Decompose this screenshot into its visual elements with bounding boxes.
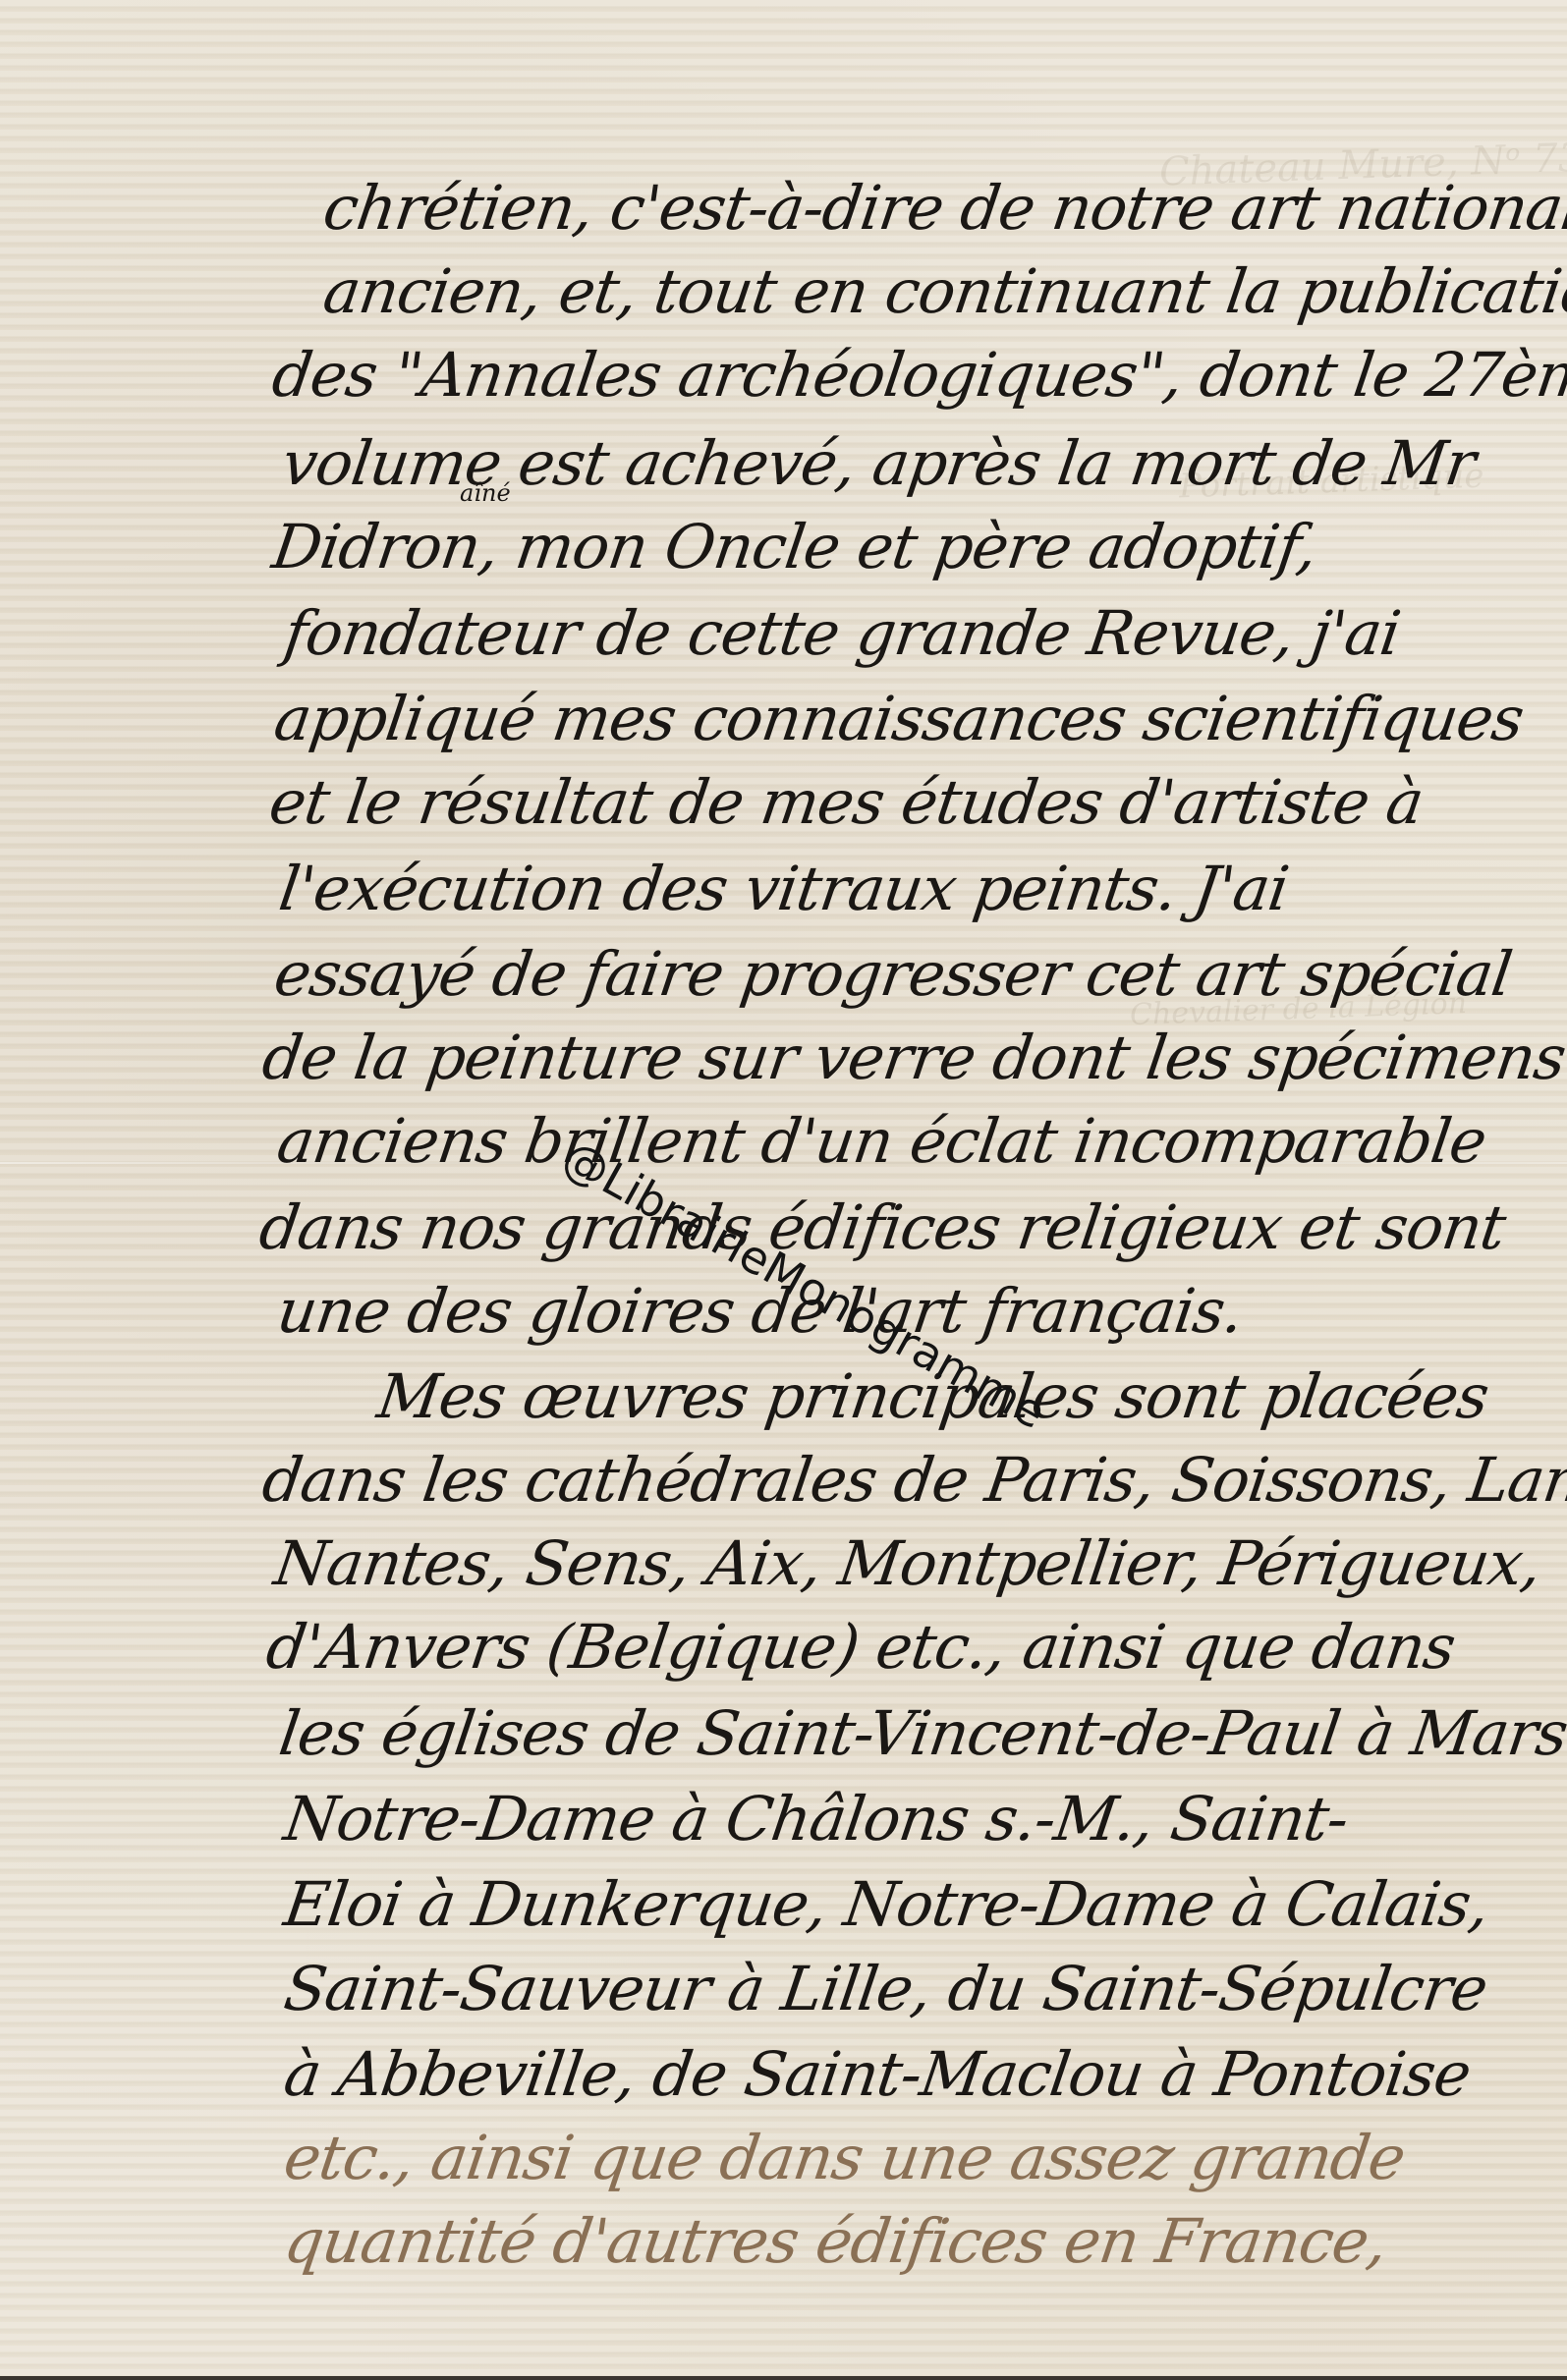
handwritten-line: chrétien, c'est-à-dire de notre art nati… <box>319 172 1567 244</box>
handwritten-line: fondateur de cette grande Revue, j'ai <box>280 597 1405 669</box>
handwritten-line: de la peinture sur verre dont les spécim… <box>258 1022 1567 1093</box>
page-bottom-edge <box>0 2376 1567 2380</box>
handwritten-line: Nantes, Sens, Aix, Montpellier, Périgueu… <box>270 1527 1545 1599</box>
letter-page: Chateau Mure, Nᵒ 73 Portrait artistique … <box>0 0 1567 2380</box>
handwritten-line: anciens brillent d'un éclat incomparable <box>273 1105 1490 1177</box>
handwritten-line-brown: quantité d'autres édifices en France, <box>280 2205 1391 2277</box>
handwritten-line: Notre-Dame à Châlons s.-M., Saint- <box>280 1783 1353 1854</box>
handwritten-line: appliqué mes connaissances scientifiques <box>270 683 1528 754</box>
handwritten-line: Didron, mon Oncle et père adoptif, <box>268 511 1321 582</box>
handwritten-line: Saint-Sauveur à Lille, du Saint-Sépulcre <box>280 1953 1491 2024</box>
handwritten-line: Eloi à Dunkerque, Notre-Dame à Calais, <box>280 1868 1493 1940</box>
handwritten-line: à Abbeville, de Saint-Maclou à Pontoise <box>280 2038 1475 2110</box>
handwritten-line: dans nos grands édifices religieux et so… <box>255 1191 1510 1263</box>
handwritten-line: les églises de Saint-Vincent-de-Paul à M… <box>275 1697 1567 1769</box>
handwritten-line: d'Anvers (Belgique) etc., ainsi que dans <box>262 1611 1460 1683</box>
handwritten-line: dans les cathédrales de Paris, Soissons,… <box>258 1444 1567 1516</box>
handwritten-line: et le résultat de mes études d'artiste à <box>265 766 1427 838</box>
handwritten-line: l'exécution des vitraux peints. J'ai <box>275 853 1293 924</box>
superscript-annotation: aîné <box>460 479 511 507</box>
handwritten-line: essayé de faire progresser cet art spéci… <box>270 938 1516 1010</box>
handwritten-line: volume est achevé, après la mort de Mr <box>278 427 1480 499</box>
handwritten-line: des "Annales archéologiques", dont le 27… <box>268 339 1567 411</box>
handwritten-line: ancien, et, tout en continuant la public… <box>319 255 1567 327</box>
handwritten-line-brown: etc., ainsi que dans une assez grande <box>280 2122 1409 2193</box>
